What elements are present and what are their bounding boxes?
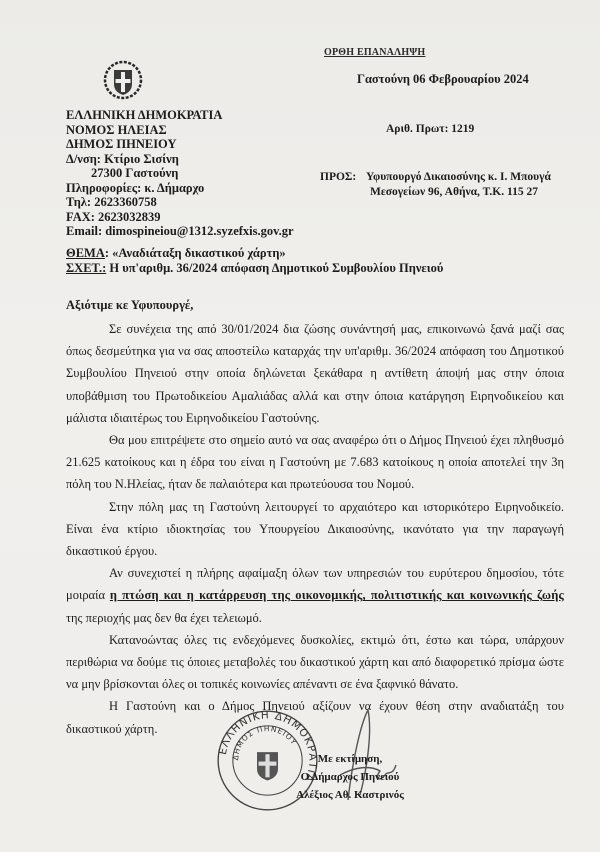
reference-label: ΣΧΕΤ.: (66, 261, 106, 275)
paragraph-2: Θα μου επιτρέψετε στο σημείο αυτό να σας… (66, 429, 564, 496)
recipient-name: Υφυπουργό Δικαιοσύνης κ. Ι. Μπουγά (366, 171, 551, 183)
paragraph-4: Αν συνεχιστεί η πλήρης αφαίμαξη όλων των… (66, 562, 564, 629)
sender-block: ΕΛΛΗΝΙΚΗ ΔΗΜΟΚΡΑΤΙΑ ΝΟΜΟΣ ΗΛΕΙΑΣ ΔΗΜΟΣ Π… (66, 108, 294, 239)
sender-fax: FAX: 2623032839 (66, 210, 294, 225)
signature-block: Με εκτίμηση, Ο Δήμαρχος Πηνειού Αλέξιος … (290, 750, 410, 804)
sender-line-prefecture: ΝΟΜΟΣ ΗΛΕΙΑΣ (66, 123, 294, 138)
paragraph-3: Στην πόλη μας τη Γαστούνη λειτουργεί το … (66, 496, 564, 563)
sender-line-republic: ΕΛΛΗΝΙΚΗ ΔΗΜΟΚΡΑΤΙΑ (66, 108, 294, 123)
emphasized-text: η πτώση και η κατάρρευση της οικονομικής… (110, 588, 564, 602)
recipient-block: ΠΡΟΣ:Υφυπουργό Δικαιοσύνης κ. Ι. Μπουγά … (320, 170, 551, 200)
sender-postcode: 27300 Γαστούνη (66, 166, 294, 181)
letter-page: ΟΡΘΗ ΕΠΑΝΑΛΗΨΗ ΕΛΛΗΝΙΚΗ ΔΗΜΟΚΡΑΤΙΑ ΝΟΜΟΣ… (0, 0, 600, 852)
subject-text: : «Αναδιάταξη δικαστικού χάρτη» (105, 246, 286, 260)
sender-info: Πληροφορίες: κ. Δήμαρχο (66, 181, 294, 196)
paragraph-5: Κατανοώντας όλες τις ενδεχόμενες δυσκολί… (66, 629, 564, 696)
sender-line-municipality: ΔΗΜΟΣ ΠΗΝΕΙΟΥ (66, 137, 294, 152)
sender-email: Email: dimospineiou@1312.syzefxis.gov.gr (66, 224, 294, 239)
subject-block: ΘΕΜΑ: «Αναδιάταξη δικαστικού χάρτη» ΣΧΕΤ… (66, 246, 443, 276)
sender-address: Δ/νση: Κτίριο Σισίνη (66, 152, 294, 167)
signature-name: Αλέξιος Αθ. Καστρινός (290, 786, 410, 804)
letter-body: Σε συνέχεια της από 30/01/2024 δια ζώσης… (66, 318, 564, 740)
signature-title: Ο Δήμαρχος Πηνειού (290, 768, 410, 786)
sender-phone: Τηλ: 2623360758 (66, 195, 294, 210)
letter-date: Γαστούνη 06 Φεβρουαρίου 2024 (357, 72, 529, 87)
recipient-address: Μεσογείων 96, Αθήνα, Τ.Κ. 115 27 (320, 185, 551, 200)
greek-coat-of-arms-icon (103, 60, 143, 100)
subject-label: ΘΕΜΑ (66, 246, 105, 260)
signature-closing: Με εκτίμηση, (290, 750, 410, 768)
greeting: Αξιότιμε κε Υφυπουργέ, (66, 298, 193, 313)
correction-label: ΟΡΘΗ ΕΠΑΝΑΛΗΨΗ (324, 47, 425, 58)
paragraph-4-end: της περιοχής μας δεν θα έχει τελειωμό. (66, 611, 262, 625)
protocol-number: Αριθ. Πρωτ: 1219 (386, 123, 474, 135)
reference-text: Η υπ'αριθμ. 36/2024 απόφαση Δημοτικού Συ… (106, 261, 443, 275)
paragraph-1: Σε συνέχεια της από 30/01/2024 δια ζώσης… (66, 318, 564, 429)
recipient-label: ΠΡΟΣ: (320, 170, 366, 185)
